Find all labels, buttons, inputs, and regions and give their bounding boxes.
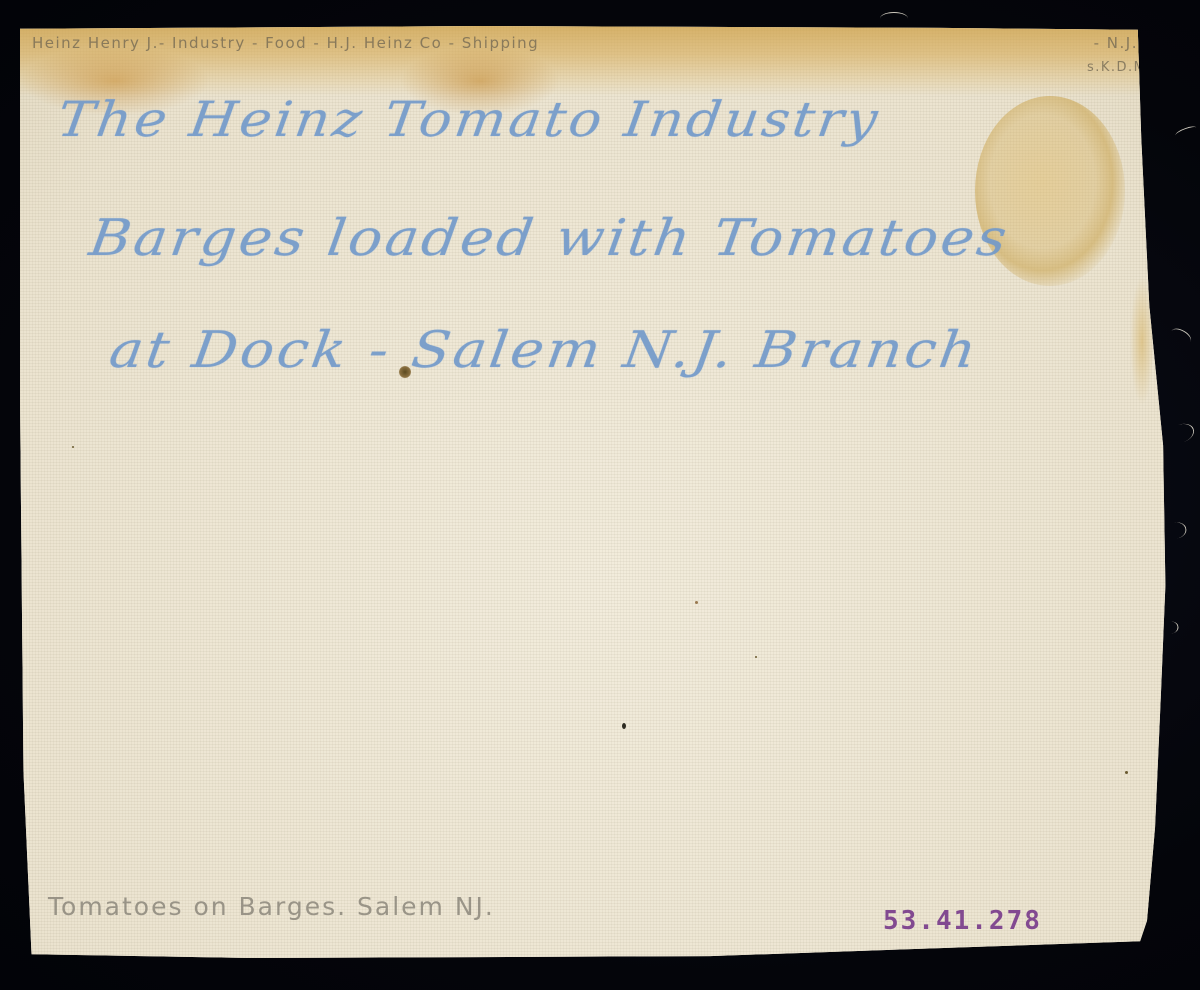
dirt-speck	[755, 656, 757, 658]
loose-thread	[880, 12, 908, 25]
handwritten-line-3: at Dock - Salem N.J. Branch	[106, 321, 983, 380]
handwritten-title: The Heinz Tomato Industry	[54, 91, 884, 148]
handwritten-line-2: Barges loaded with Tomatoes	[86, 209, 1013, 268]
dirt-speck	[1125, 771, 1128, 774]
dirt-speck	[695, 601, 698, 604]
catalog-subject-text: Heinz Henry J.- Industry - Food - H.J. H…	[32, 34, 539, 52]
catalog-location-text: - N.J.	[1094, 34, 1138, 52]
catalog-subject-line: Heinz Henry J.- Industry - Food - H.J. H…	[32, 34, 1162, 52]
dirt-speck	[399, 366, 411, 378]
cloth-mounted-photo-back: Heinz Henry J.- Industry - Food - H.J. H…	[20, 26, 1170, 958]
accession-number: 53.41.278	[883, 906, 1042, 936]
dirt-speck	[72, 446, 74, 448]
dirt-speck	[622, 723, 626, 729]
pencil-caption: Tomatoes on Barges. Salem NJ.	[48, 892, 495, 921]
